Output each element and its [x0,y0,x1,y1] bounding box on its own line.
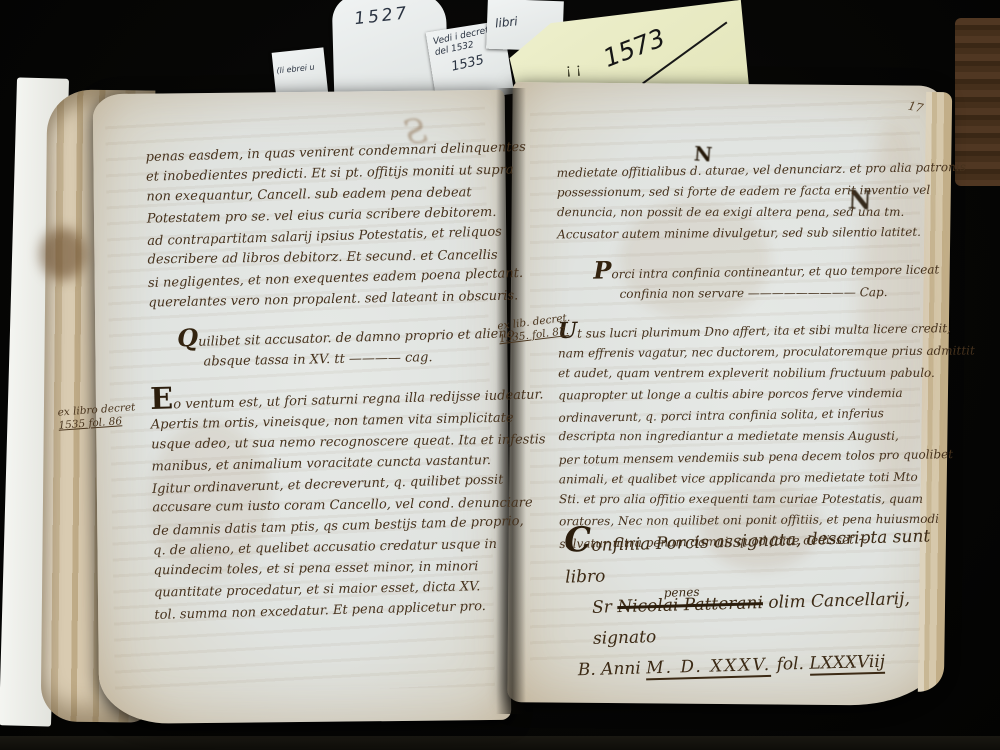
tab-1527-label: 1527 [353,3,410,29]
closing-fol-label: fol. [771,654,810,675]
note-year: 1573 [599,23,669,73]
manuscript-line: et audet, quam ventrem expleverit nobili… [558,363,958,384]
underlined-date: M. D. XXXV. [646,655,772,680]
manuscript-line: Accusator autem minime divulgetur, sed s… [557,222,957,246]
right-section-heading: Porci intra confinia contineantur, et qu… [593,256,957,306]
table-edge-band [0,736,1000,750]
right-paragraph-1: medietate offitialibus d. aturae, vel de… [557,159,958,246]
interlinear-correction: penes [663,577,700,609]
underlined-folio: LXXXViij [809,652,885,676]
left-margin-note: ex libro decret 1535 fol. 86 [57,401,136,432]
heading-line: Porci intra confinia contineantur, et qu… [593,254,957,285]
manuscript-line: Sti. et pro alia offitio exequenti tam c… [559,489,959,510]
closing-reference-note: Confinia Porcis assignata, descripta sun… [564,514,968,686]
manuscript-photo: (li ebrei u 1527 Vedi i decreti del 1532… [0,0,1000,750]
closing-year-prefix: B. Anni [578,658,647,680]
ink-stain [40,228,86,280]
tab-libri-label: libri [494,14,518,30]
note-pen-dots: ¡ ¡ [565,61,582,78]
left-paragraph-1: penas easdem, in quas venirent condemnar… [145,138,518,313]
right-page-text: medietate offitialibus d. aturae, vel de… [557,159,960,554]
closing-line: Sr Nicolai Patteranipenes olim Cancellar… [592,582,968,654]
manuscript-line: possessionum, sed si forte de eadem re f… [557,180,957,204]
left-section-heading: Quilibet sit accusator. de damno proprio… [177,319,520,373]
left-paragraph-2: Eo ventum est, ut fori saturni regna ill… [150,380,524,624]
closing-line: Confinia Porcis assignata, descripta sun… [564,514,966,593]
closing-prefix: Sr [592,597,618,618]
heading-line: confinia non servare ————————— Cap. [619,282,957,305]
left-page-text: penas easdem, in quas venirent condemnar… [145,138,524,624]
tab-ebrei-label: (li ebrei u [276,62,315,75]
manuscript-line: animali, et qualibet vice applicanda pro… [559,467,959,491]
manuscript-line: denuncia, non possit de ea exigi altera … [557,202,957,223]
folio-number: 17 [907,99,925,116]
manuscript-line: nam effrenis vagatur, nec ductorem, proc… [558,341,958,365]
